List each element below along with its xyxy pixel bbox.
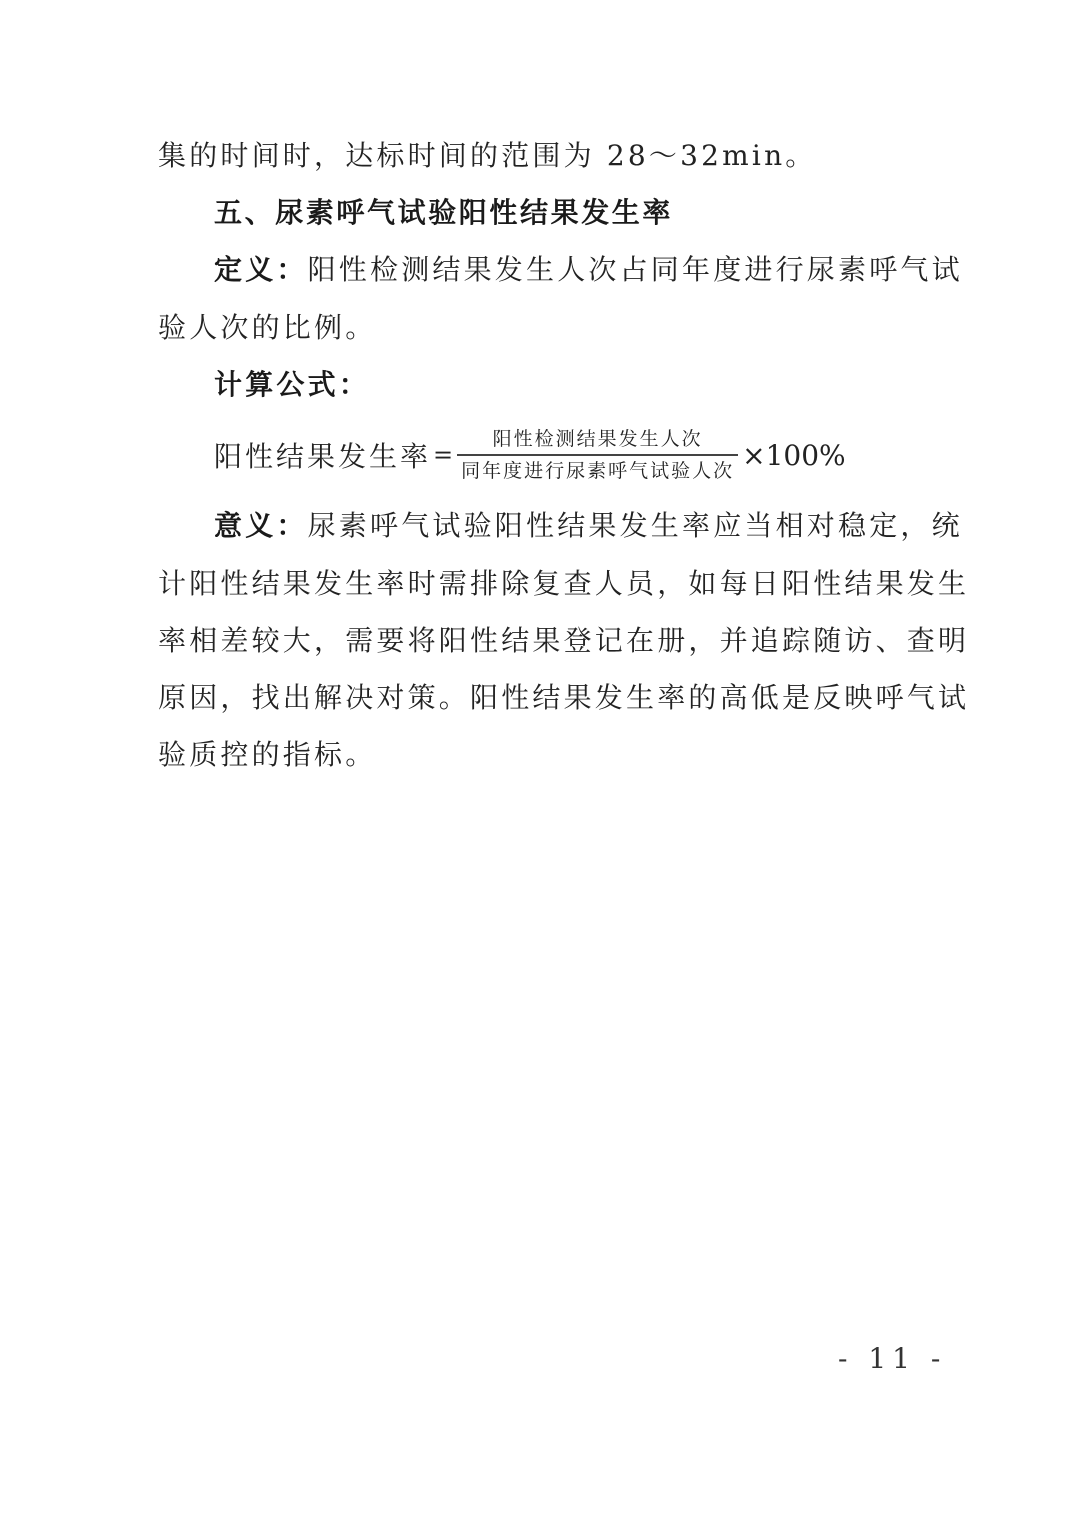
fraction-bar [457,454,738,456]
meaning-line: 意义：尿素呼气试验阳性结果发生率应当相对稳定，统 [214,506,963,546]
meaning-line-2: 计阳性结果发生率时需排除复查人员，如每日阳性结果发生 [158,564,969,604]
definition-label: 定义： [214,253,308,286]
formula-fraction: 阳性检测结果发生人次 同年度进行尿素呼气试验人次 [457,426,738,484]
meaning-line-5: 验质控的指标。 [158,735,376,775]
meaning-line-4: 原因，找出解决对策。阳性结果发生率的高低是反映呼气试 [158,678,969,718]
page-number: - 11 - [838,1342,946,1375]
formula-denominator: 同年度进行尿素呼气试验人次 [457,458,738,484]
section-heading: 五、尿素呼气试验阳性结果发生率 [214,193,673,233]
formula-multiplier: ×100% [742,439,846,472]
document-page: 集的时间时，达标时间的范围为 28～32min。 五、尿素呼气试验阳性结果发生率… [0,0,1080,1517]
meaning-line-3: 率相差较大，需要将阳性结果登记在册，并追踪随访、查明 [158,621,969,661]
formula: 阳性结果发生率 = 阳性检测结果发生人次 同年度进行尿素呼气试验人次 ×100% [214,420,846,490]
formula-equals: = [433,441,453,469]
formula-label: 计算公式： [214,365,370,405]
paragraph-line: 集的时间时，达标时间的范围为 28～32min。 [158,136,817,176]
meaning-text: 尿素呼气试验阳性结果发生率应当相对稳定，统 [308,509,963,542]
definition-text: 阳性检测结果发生人次占同年度进行尿素呼气试 [308,253,963,286]
definition-line-continued: 验人次的比例。 [158,308,376,348]
formula-numerator: 阳性检测结果发生人次 [489,426,707,452]
definition-line: 定义：阳性检测结果发生人次占同年度进行尿素呼气试 [214,250,963,290]
meaning-label: 意义： [214,509,308,542]
formula-lhs: 阳性结果发生率 [214,435,431,475]
